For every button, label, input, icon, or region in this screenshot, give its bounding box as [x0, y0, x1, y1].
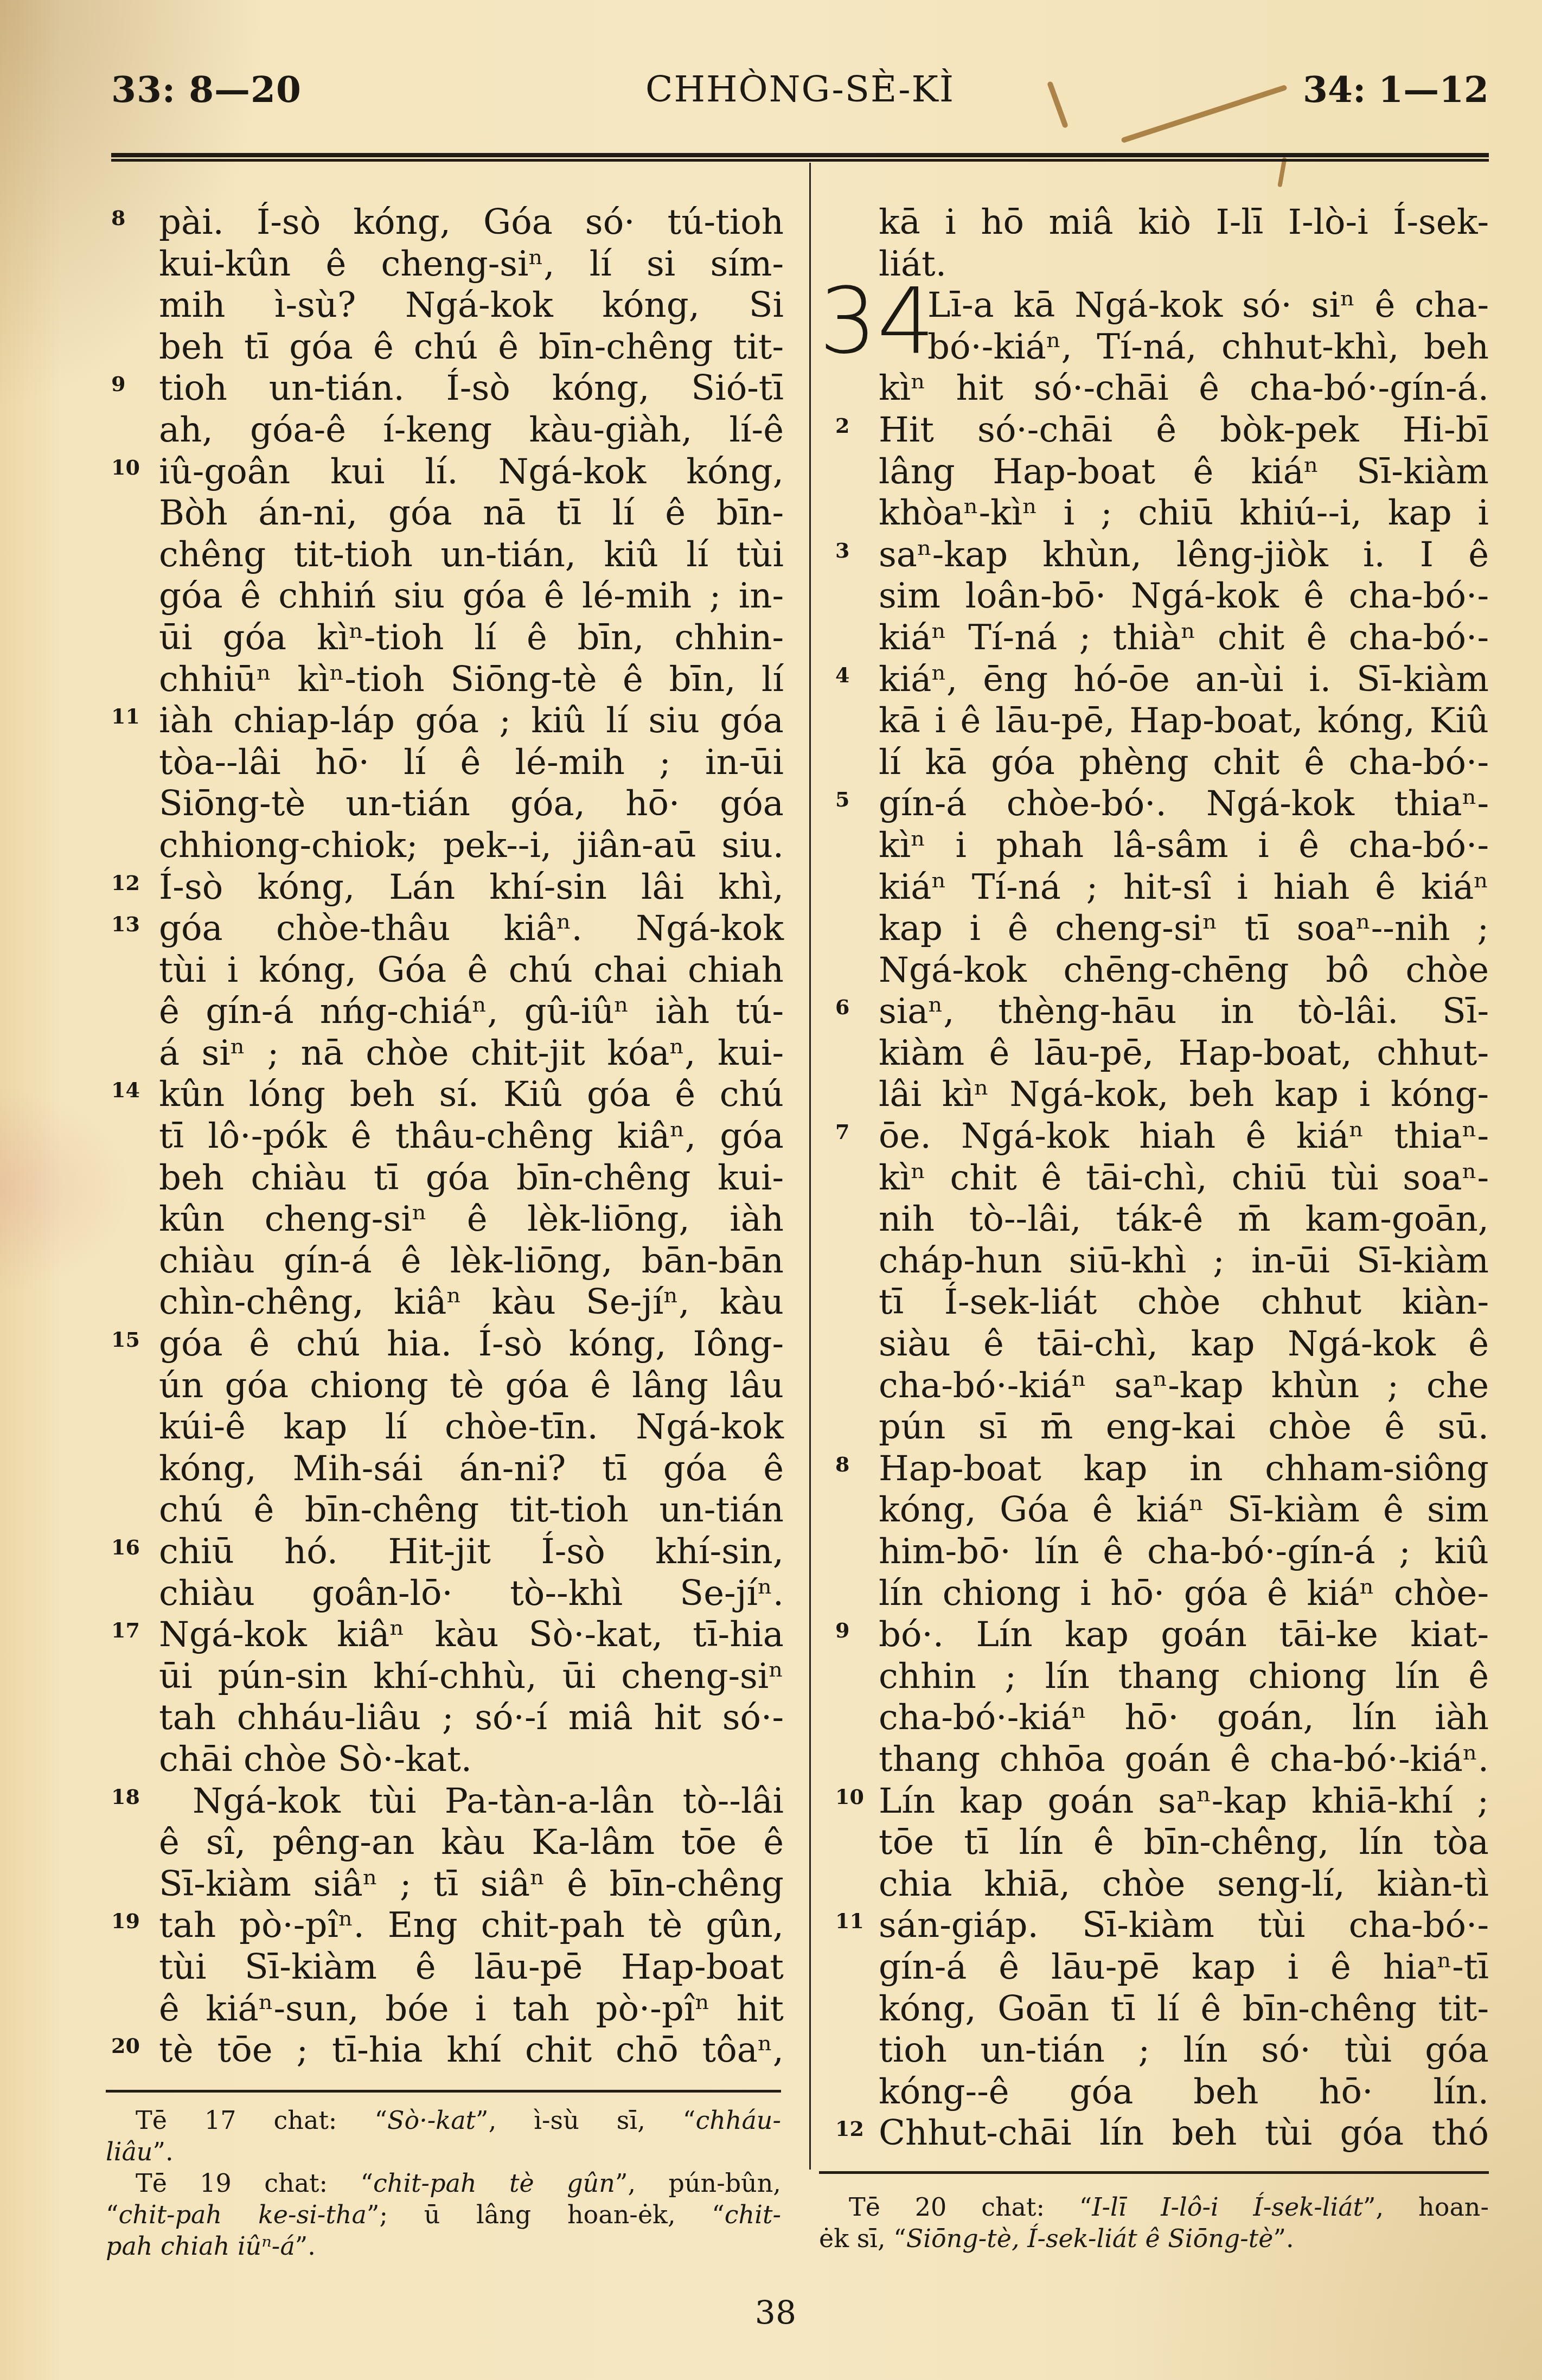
verse-number: 11 — [835, 1905, 879, 1937]
text-line: 10Lín kap goán saⁿ-kap khiā-khí ; — [814, 1781, 1489, 1822]
text-line: kā i hō miâ kiò I-lī I-lò-i Í-sek- — [814, 202, 1489, 244]
text-line: chêng tit-tioh un-tián, kiû lí tùi — [111, 534, 784, 576]
text-line: thang chhōa goán ê cha-bó·-kiáⁿ. — [814, 1739, 1489, 1781]
footnote-line: liâu”. — [106, 2136, 781, 2167]
line-text: kìⁿ chit ê tāi-chì, chiū tùi soaⁿ- — [879, 1157, 1489, 1199]
line-text: kiàm ê lāu-pē, Hap-boat, chhut- — [879, 1033, 1489, 1074]
line-text: kóng--ê góa beh hō· lín. — [879, 2071, 1489, 2113]
line-text: tī Í-sek-liát chòe chhut kiàn- — [879, 1282, 1489, 1323]
text-line: 2Hit só·-chāi ê bòk-pek Hi-bī — [814, 410, 1489, 451]
text-line: kìⁿ chit ê tāi-chì, chiū tùi soaⁿ- — [814, 1157, 1489, 1199]
text-line: kúi-ê kap lí chòe-tīn. Ngá-kok — [111, 1406, 784, 1448]
text-line: chia khiā, chòe seng-lí, kiàn-tì — [814, 1864, 1489, 1905]
line-text: kóng, Góa ê kiáⁿ Sī-kiàm ê sim — [879, 1489, 1489, 1531]
line-text: cháp-hun siū-khì ; in-ūi Sī-kiàm — [879, 1240, 1489, 1282]
text-line: 6siaⁿ, thèng-hāu in tò-lâi. Sī- — [814, 991, 1489, 1033]
line-text: ê kiáⁿ-sun, bóe i tah pò·-pîⁿ hit — [159, 1988, 784, 2030]
footnote-plain-text: Tē 19 chat: “ — [136, 2168, 373, 2198]
text-line: Siōng-tè un-tián góa, hō· góa — [111, 783, 784, 825]
text-line: chìn-chêng, kiâⁿ kàu Se-jíⁿ, kàu — [111, 1282, 784, 1323]
line-text: ūi pún-sin khí-chhù, ūi cheng-siⁿ — [159, 1656, 784, 1698]
line-text: tī lô·-pók ê thâu-chêng kiâⁿ, góa — [159, 1116, 784, 1157]
text-line: chhin ; lín thang chiong lín ê — [814, 1656, 1489, 1698]
text-line: Sī-kiàm siâⁿ ; tī siâⁿ ê bīn-chêng — [111, 1864, 784, 1905]
line-text: kóng, Mih-sái án-ni? tī góa ê — [159, 1448, 784, 1490]
line-text: tè tōe ; tī-hia khí chit chō tôaⁿ, — [159, 2030, 784, 2071]
verse-number: 2 — [835, 410, 879, 442]
text-line: 18Ngá-kok tùi Pa-tàn-a-lân tò--lâi — [111, 1781, 784, 1822]
line-text: kúi-ê kap lí chòe-tīn. Ngá-kok — [159, 1406, 784, 1448]
line-text: chú ê bīn-chêng tit-tioh un-tián — [159, 1489, 784, 1531]
text-line: tioh un-tián ; lín só· tùi góa — [814, 2030, 1489, 2071]
line-text: liát. — [879, 244, 1489, 285]
text-line: 8pài. Í-sò kóng, Góa só· tú-tioh — [111, 202, 784, 244]
line-text: kìⁿ hit só·-chāi ê cha-bó·-gín-á. — [879, 368, 1489, 410]
left-text-column: 8pài. Í-sò kóng, Góa só· tú-tiohkui-kûn … — [111, 202, 784, 2071]
verse-number: 11 — [111, 700, 155, 733]
text-line: tùi Sī-kiàm ê lāu-pē Hap-boat — [111, 1947, 784, 1988]
text-line: ūi góa kìⁿ-tioh lí ê bīn, chhin- — [111, 617, 784, 659]
line-text: nih tò--lâi, ták-ê m̄ kam-goān, — [879, 1199, 1489, 1240]
line-text: chiàu goân-lō· tò--khì Se-jíⁿ. — [159, 1573, 784, 1615]
line-text: tioh un-tián. Í-sò kóng, Sió-tī — [159, 368, 784, 410]
footnote-line: ėk sī, “Siōng-tè, Í-sek-liát ê Siōng-tè”… — [819, 2223, 1489, 2254]
line-text: tah pò·-pîⁿ. Eng chit-pah tè gûn, — [159, 1905, 784, 1947]
text-line: 8Hap-boat kap in chham-siông — [814, 1448, 1489, 1490]
footnote-italic-term: pah chiah iûⁿ-á — [106, 2231, 295, 2261]
footnote-plain-text: Tē 17 chat: “ — [136, 2106, 387, 2135]
footnote-plain-text: ėk sī, “ — [819, 2224, 906, 2253]
footnotes-right: Tē 20 chat: “I-lī I-lô-i Í-sek-liát”, ho… — [819, 2191, 1489, 2254]
text-line: 10iû-goân kui lí. Ngá-kok kóng, — [111, 451, 784, 493]
text-line: kap i ê cheng-siⁿ tī soaⁿ--nih ; — [814, 908, 1489, 950]
text-line: 11sán-giáp. Sī-kiàm tùi cha-bó·- — [814, 1905, 1489, 1947]
line-text: chia khiā, chòe seng-lí, kiàn-tì — [879, 1864, 1489, 1905]
line-text: chêng tit-tioh un-tián, kiû lí tùi — [159, 534, 784, 576]
line-text: siaⁿ, thèng-hāu in tò-lâi. Sī- — [879, 991, 1489, 1033]
line-text: tòa--lâi hō· lí ê lé-mih ; in-ūi — [159, 742, 784, 784]
verse-number: 10 — [111, 451, 155, 484]
footnote-rule-right — [819, 2171, 1489, 2174]
text-line: ūi pún-sin khí-chhù, ūi cheng-siⁿ — [111, 1656, 784, 1698]
verse-number: 12 — [835, 2113, 879, 2145]
text-line: chhiūⁿ kìⁿ-tioh Siōng-tè ê bīn, lí — [111, 659, 784, 701]
line-text: tioh un-tián ; lín só· tùi góa — [879, 2030, 1489, 2071]
text-line: chhiong-chiok; pek--i, jiân-aū siu. — [111, 825, 784, 867]
footnote-line: Tē 20 chat: “I-lī I-lô-i Í-sek-liát”, ho… — [819, 2191, 1489, 2223]
line-text: Ngá-kok kiâⁿ kàu Sò·-kat, tī-hia — [159, 1614, 784, 1656]
footnote-italic-term: chháu- — [695, 2106, 781, 2135]
line-text: tōe tī lín ê bīn-chêng, lín tòa — [879, 1822, 1489, 1864]
text-line: 12Í-sò kóng, Lán khí-sin lâi khì, — [111, 867, 784, 909]
line-text: Sī-kiàm siâⁿ ; tī siâⁿ ê bīn-chêng — [159, 1864, 784, 1905]
text-line: 5gín-á chòe-bó·. Ngá-kok thiaⁿ- — [814, 783, 1489, 825]
verse-number: 7 — [835, 1116, 879, 1148]
line-text: ūi góa kìⁿ-tioh lí ê bīn, chhin- — [159, 617, 784, 659]
text-line: kiáⁿ Tí-ná ; hit-sî i hiah ê kiáⁿ — [814, 867, 1489, 909]
footnote-text: “chit-pah ke-si-tha”; ū lâng hoan-ėk, “c… — [106, 2199, 781, 2230]
line-text: Hap-boat kap in chham-siông — [879, 1448, 1489, 1490]
line-text: ê gín-á nńg-chiáⁿ, gû-iûⁿ iàh tú- — [159, 991, 784, 1033]
footnote-text: Tē 20 chat: “I-lī I-lô-i Í-sek-liát”, ho… — [849, 2191, 1489, 2223]
line-text: chiū hó. Hit-jit Í-sò khí-sin, — [159, 1531, 784, 1573]
text-line: kóng, Góa ê kiáⁿ Sī-kiàm ê sim — [814, 1489, 1489, 1531]
line-text: ah, góa-ê í-keng kàu-giàh, lí-ê — [159, 410, 784, 451]
footnote-plain-text: ”, ì-sù sī, “ — [476, 2106, 695, 2135]
line-text: khòaⁿ-kìⁿ i ; chiū khiú--i, kap i — [879, 492, 1489, 534]
text-line: ê kiáⁿ-sun, bóe i tah pò·-pîⁿ hit — [111, 1988, 784, 2030]
footnote-rule-left — [106, 2090, 781, 2093]
text-line: kìⁿ i phah lâ-sâm i ê cha-bó·- — [814, 825, 1489, 867]
right-text-column: kā i hō miâ kiò I-lī I-lò-i Í-sek-liát.L… — [814, 202, 1489, 2154]
line-text: sim loân-bō· Ngá-kok ê cha-bó·- — [879, 575, 1489, 617]
line-text: á siⁿ ; nā chòe chit-jit kóaⁿ, kui- — [159, 1033, 784, 1074]
text-line: kóng, Goān tī lí ê bīn-chêng tit- — [814, 1988, 1489, 2030]
footnote-plain-text: ”, hoan- — [1363, 2192, 1489, 2222]
text-line: cha-bó·-kiáⁿ hō· goán, lín iàh — [814, 1697, 1489, 1739]
line-text: Chhut-chāi lín beh tùi góa thó — [879, 2113, 1489, 2154]
text-line: chiàu gín-á ê lèk-liōng, bān-bān — [111, 1240, 784, 1282]
text-line: 12Chhut-chāi lín beh tùi góa thó — [814, 2113, 1489, 2154]
footnote-italic-term: Sò·-kat — [387, 2106, 476, 2135]
text-line: Bòh án-ni, góa nā tī lí ê bīn- — [111, 492, 784, 534]
verse-number: 12 — [111, 867, 155, 899]
text-line: lí kā góa phèng chit ê cha-bó·- — [814, 742, 1489, 784]
verse-number: 13 — [111, 908, 155, 941]
footnote-text: liâu”. — [106, 2136, 781, 2167]
verse-number: 19 — [111, 1905, 155, 1937]
footnotes-left: Tē 17 chat: “Sò·-kat”, ì-sù sī, “chháu-l… — [106, 2104, 781, 2262]
line-text: him-bō· lín ê cha-bó·-gín-á ; kiû — [879, 1531, 1489, 1573]
line-text: kiáⁿ, ēng hó-ōe an-ùi i. Sī-kiàm — [879, 659, 1489, 701]
text-line: cháp-hun siū-khì ; in-ūi Sī-kiàm — [814, 1240, 1489, 1282]
line-text: lâi kìⁿ Ngá-kok, beh kap i kóng- — [879, 1074, 1489, 1116]
text-line: 19tah pò·-pîⁿ. Eng chit-pah tè gûn, — [111, 1905, 784, 1947]
text-line: gín-á ê lāu-pē kap i ê hiaⁿ-tī — [814, 1947, 1489, 1988]
line-text: kìⁿ i phah lâ-sâm i ê cha-bó·- — [879, 825, 1489, 867]
text-line: sim loân-bō· Ngá-kok ê cha-bó·- — [814, 575, 1489, 617]
footnote-italic-term: chit-pah tè gûn — [373, 2168, 615, 2198]
text-line: pún sī m̄ eng-kai chòe ê sū. — [814, 1406, 1489, 1448]
line-text: Bòh án-ni, góa nā tī lí ê bīn- — [159, 492, 784, 534]
header-double-rule — [111, 153, 1489, 162]
text-line: mih ì-sù? Ngá-kok kóng, Si — [111, 285, 784, 327]
text-line: 13góa chòe-thâu kiâⁿ. Ngá-kok — [111, 908, 784, 950]
text-line: khòaⁿ-kìⁿ i ; chiū khiú--i, kap i — [814, 492, 1489, 534]
footnote-line: “chit-pah ke-si-tha”; ū lâng hoan-ėk, “c… — [106, 2199, 781, 2230]
line-text: kiáⁿ Tí-ná ; hit-sî i hiah ê kiáⁿ — [879, 867, 1489, 909]
line-text: Hit só·-chāi ê bòk-pek Hi-bī — [879, 410, 1489, 451]
text-line: kā i ê lāu-pē, Hap-boat, kóng, Kiû — [814, 700, 1489, 742]
text-line: kiàm ê lāu-pē, Hap-boat, chhut- — [814, 1033, 1489, 1074]
text-line: tōe tī lín ê bīn-chêng, lín tòa — [814, 1822, 1489, 1864]
text-line: ah, góa-ê í-keng kàu-giàh, lí-ê — [111, 410, 784, 451]
line-text: bó·-kiáⁿ, Tí-ná, chhut-khì, beh — [927, 327, 1489, 368]
line-text: chhiong-chiok; pek--i, jiân-aū siu. — [159, 825, 784, 867]
footnote-plain-text: ”. — [295, 2231, 316, 2261]
footnote-line: Tē 19 chat: “chit-pah tè gûn”, pún-bûn, — [106, 2167, 781, 2199]
footnote-text: ėk sī, “Siōng-tè, Í-sek-liát ê Siōng-tè”… — [819, 2223, 1489, 2254]
page-number: 38 — [721, 2294, 830, 2332]
text-line: ê sî, pêng-an kàu Ka-lâm tōe ê — [111, 1822, 784, 1864]
verse-number: 20 — [111, 2030, 155, 2062]
text-line: cha-bó·-kiáⁿ saⁿ-kap khùn ; che — [814, 1365, 1489, 1407]
line-text: gín-á chòe-bó·. Ngá-kok thiaⁿ- — [879, 783, 1489, 825]
text-line: 7ōe. Ngá-kok hiah ê kiáⁿ thiaⁿ- — [814, 1116, 1489, 1157]
footnote-plain-text: ”. — [152, 2137, 173, 2166]
line-text: chāi chòe Sò·-kat. — [159, 1739, 784, 1781]
line-text: chhin ; lín thang chiong lín ê — [879, 1656, 1489, 1698]
footnote-italic-term: chit-pah ke-si-tha — [119, 2200, 367, 2229]
line-text: Ngá-kok tùi Pa-tàn-a-lân tò--lâi — [193, 1781, 784, 1822]
text-line: tùi i kóng, Góa ê chú chai chiah — [111, 950, 784, 991]
column-divider — [809, 163, 811, 2170]
footnote-plain-text: ”. — [1274, 2224, 1294, 2253]
text-line: kìⁿ hit só·-chāi ê cha-bó·-gín-á. — [814, 368, 1489, 410]
line-text: Lín kap goán saⁿ-kap khiā-khí ; — [879, 1781, 1489, 1822]
text-line: kiáⁿ Tí-ná ; thiàⁿ chit ê cha-bó·- — [814, 617, 1489, 659]
verse-number: 18 — [111, 1781, 155, 1813]
footnote-line: Tē 17 chat: “Sò·-kat”, ì-sù sī, “chháu- — [106, 2104, 781, 2136]
line-text: tùi Sī-kiàm ê lāu-pē Hap-boat — [159, 1947, 784, 1988]
line-text: pài. Í-sò kóng, Góa só· tú-tioh — [159, 202, 784, 244]
text-line: góa ê chhiń siu góa ê lé-mih ; in- — [111, 575, 784, 617]
footnote-plain-text: ”; ū lâng hoan-ėk, “ — [367, 2200, 725, 2229]
text-line: 17Ngá-kok kiâⁿ kàu Sò·-kat, tī-hia — [111, 1614, 784, 1656]
line-text: kiáⁿ Tí-ná ; thiàⁿ chit ê cha-bó·- — [879, 617, 1489, 659]
text-line: kóng, Mih-sái án-ni? tī góa ê — [111, 1448, 784, 1490]
line-text: siàu ê tāi-chì, kap Ngá-kok ê — [879, 1323, 1489, 1365]
text-line: tòa--lâi hō· lí ê lé-mih ; in-ūi — [111, 742, 784, 784]
text-line: kui-kûn ê cheng-siⁿ, lí si sím- — [111, 244, 784, 285]
line-text: kóng, Goān tī lí ê bīn-chêng tit- — [879, 1988, 1489, 2030]
text-line: 16chiū hó. Hit-jit Í-sò khí-sin, — [111, 1531, 784, 1573]
line-text: kā i hō miâ kiò I-lī I-lò-i Í-sek- — [879, 202, 1489, 244]
text-line: chāi chòe Sò·-kat. — [111, 1739, 784, 1781]
line-text: ún góa chiong tè góa ê lâng lâu — [159, 1365, 784, 1407]
footnote-text: Tē 19 chat: “chit-pah tè gûn”, pún-bûn, — [136, 2167, 781, 2199]
verse-number: 8 — [111, 202, 155, 234]
text-line: kóng--ê góa beh hō· lín. — [814, 2071, 1489, 2113]
line-text: pún sī m̄ eng-kai chòe ê sū. — [879, 1406, 1489, 1448]
line-text: cha-bó·-kiáⁿ hō· goán, lín iàh — [879, 1697, 1489, 1739]
line-text: kap i ê cheng-siⁿ tī soaⁿ--nih ; — [879, 908, 1489, 950]
text-line: ún góa chiong tè góa ê lâng lâu — [111, 1365, 784, 1407]
verse-number: 16 — [111, 1531, 155, 1564]
line-text: Lī-a kā Ngá-kok só· siⁿ ê cha- — [927, 285, 1489, 327]
line-text: chìn-chêng, kiâⁿ kàu Se-jíⁿ, kàu — [159, 1282, 784, 1323]
line-text: lín chiong i hō· góa ê kiáⁿ chòe- — [879, 1573, 1489, 1615]
line-text: iû-goân kui lí. Ngá-kok kóng, — [159, 451, 784, 493]
verse-number: 8 — [835, 1448, 879, 1481]
text-line: lâi kìⁿ Ngá-kok, beh kap i kóng- — [814, 1074, 1489, 1116]
line-text: iàh chiap-láp góa ; kiû lí siu góa — [159, 700, 784, 742]
line-text: góa chòe-thâu kiâⁿ. Ngá-kok — [159, 908, 784, 950]
line-text: cha-bó·-kiáⁿ saⁿ-kap khùn ; che — [879, 1365, 1489, 1407]
text-line: 15góa ê chú hia. Í-sò kóng, Iông- — [111, 1323, 784, 1365]
text-line: á siⁿ ; nā chòe chit-jit kóaⁿ, kui- — [111, 1033, 784, 1074]
verse-number: 15 — [111, 1323, 155, 1356]
footnote-italic-term: I-lī I-lô-i Í-sek-liát — [1092, 2192, 1363, 2222]
line-text: ê sî, pêng-an kàu Ka-lâm tōe ê — [159, 1822, 784, 1864]
line-text: gín-á ê lāu-pē kap i ê hiaⁿ-tī — [879, 1947, 1489, 1988]
text-line: kûn cheng-siⁿ ê lèk-liōng, iàh — [111, 1199, 784, 1240]
verse-number: 5 — [835, 783, 879, 816]
footnote-plain-text: ”, pún-bûn, — [615, 2168, 781, 2198]
text-line: Lī-a kā Ngá-kok só· siⁿ ê cha- — [814, 285, 1489, 327]
verse-number: 17 — [111, 1614, 155, 1647]
verse-number: 14 — [111, 1074, 155, 1106]
line-text: tah chháu-liâu ; só·-í miâ hit só·- — [159, 1697, 784, 1739]
line-text: sán-giáp. Sī-kiàm tùi cha-bó·- — [879, 1905, 1489, 1947]
line-text: kā i ê lāu-pē, Hap-boat, kóng, Kiû — [879, 700, 1489, 742]
verse-number: 4 — [835, 659, 879, 692]
text-line: 14kûn lóng beh sí. Kiû góa ê chú — [111, 1074, 784, 1116]
footnote-plain-text: “ — [106, 2200, 119, 2229]
line-text: Í-sò kóng, Lán khí-sin lâi khì, — [159, 867, 784, 909]
verse-number: 10 — [835, 1781, 879, 1813]
footnote-italic-term: chit- — [725, 2200, 781, 2229]
line-text: chhiūⁿ kìⁿ-tioh Siōng-tè ê bīn, lí — [159, 659, 784, 701]
line-text: Siōng-tè un-tián góa, hō· góa — [159, 783, 784, 825]
text-line: bó·-kiáⁿ, Tí-ná, chhut-khì, beh — [814, 327, 1489, 368]
text-line: lín chiong i hō· góa ê kiáⁿ chòe- — [814, 1573, 1489, 1615]
line-text: beh tī góa ê chú ê bīn-chêng tit- — [159, 327, 784, 368]
line-text: kûn cheng-siⁿ ê lèk-liōng, iàh — [159, 1199, 784, 1240]
line-text: saⁿ-kap khùn, lêng-jiòk i. I ê — [879, 534, 1489, 576]
footnote-text: pah chiah iûⁿ-á”. — [106, 2230, 781, 2262]
text-line: 9tioh un-tián. Í-sò kóng, Sió-tī — [111, 368, 784, 410]
text-line: liát. — [814, 244, 1489, 285]
text-line: nih tò--lâi, ták-ê m̄ kam-goān, — [814, 1199, 1489, 1240]
line-text: ōe. Ngá-kok hiah ê kiáⁿ thiaⁿ- — [879, 1116, 1489, 1157]
verse-number: 9 — [835, 1614, 879, 1647]
stain-mark — [1277, 157, 1287, 188]
line-text: góa ê chhiń siu góa ê lé-mih ; in- — [159, 575, 784, 617]
text-line: beh tī góa ê chú ê bīn-chêng tit- — [111, 327, 784, 368]
footnote-line: pah chiah iûⁿ-á”. — [106, 2230, 781, 2262]
text-line: chiàu goân-lō· tò--khì Se-jíⁿ. — [111, 1573, 784, 1615]
line-text: chiàu gín-á ê lèk-liōng, bān-bān — [159, 1240, 784, 1282]
text-line: tī lô·-pók ê thâu-chêng kiâⁿ, góa — [111, 1116, 784, 1157]
text-line: him-bō· lín ê cha-bó·-gín-á ; kiû — [814, 1531, 1489, 1573]
footnote-italic-term: liâu — [106, 2137, 152, 2166]
line-text: kûn lóng beh sí. Kiû góa ê chú — [159, 1074, 784, 1116]
line-text: mih ì-sù? Ngá-kok kóng, Si — [159, 285, 784, 327]
verse-number: 9 — [111, 368, 155, 400]
text-line: 4kiáⁿ, ēng hó-ōe an-ùi i. Sī-kiàm — [814, 659, 1489, 701]
line-text: thang chhōa goán ê cha-bó·-kiáⁿ. — [879, 1739, 1489, 1781]
text-line: ê gín-á nńg-chiáⁿ, gû-iûⁿ iàh tú- — [111, 991, 784, 1033]
line-text: tùi i kóng, Góa ê chú chai chiah — [159, 950, 784, 991]
footnote-italic-term: Siōng-tè, Í-sek-liát ê Siōng-tè — [906, 2224, 1274, 2253]
text-line: Ngá-kok chēng-chēng bô chòe — [814, 950, 1489, 991]
text-line: 9bó·. Lín kap goán tāi-ke kiat- — [814, 1614, 1489, 1656]
line-text: kui-kûn ê cheng-siⁿ, lí si sím- — [159, 244, 784, 285]
footnote-text: Tē 17 chat: “Sò·-kat”, ì-sù sī, “chháu- — [136, 2104, 781, 2136]
text-line: siàu ê tāi-chì, kap Ngá-kok ê — [814, 1323, 1489, 1365]
line-text: Ngá-kok chēng-chēng bô chòe — [879, 950, 1489, 991]
text-line: 11iàh chiap-láp góa ; kiû lí siu góa — [111, 700, 784, 742]
text-line: lâng Hap-boat ê kiáⁿ Sī-kiàm — [814, 451, 1489, 493]
text-line: tī Í-sek-liát chòe chhut kiàn- — [814, 1282, 1489, 1323]
line-text: góa ê chú hia. Í-sò kóng, Iông- — [159, 1323, 784, 1365]
line-text: beh chiàu tī góa bīn-chêng kui- — [159, 1157, 784, 1199]
line-text: lí kā góa phèng chit ê cha-bó·- — [879, 742, 1489, 784]
text-line: tah chháu-liâu ; só·-í miâ hit só·- — [111, 1697, 784, 1739]
line-text: lâng Hap-boat ê kiáⁿ Sī-kiàm — [879, 451, 1489, 493]
text-line: 20tè tōe ; tī-hia khí chit chō tôaⁿ, — [111, 2030, 784, 2071]
text-line: beh chiàu tī góa bīn-chêng kui- — [111, 1157, 784, 1199]
verse-number: 3 — [835, 534, 879, 567]
running-head-right-reference: 34: 1—12 — [1303, 65, 1489, 114]
line-text: bó·. Lín kap goán tāi-ke kiat- — [879, 1614, 1489, 1656]
text-line: chú ê bīn-chêng tit-tioh un-tián — [111, 1489, 784, 1531]
footnote-plain-text: Tē 20 chat: “ — [849, 2192, 1092, 2222]
text-line: 3saⁿ-kap khùn, lêng-jiòk i. I ê — [814, 534, 1489, 576]
verse-number: 6 — [835, 991, 879, 1023]
